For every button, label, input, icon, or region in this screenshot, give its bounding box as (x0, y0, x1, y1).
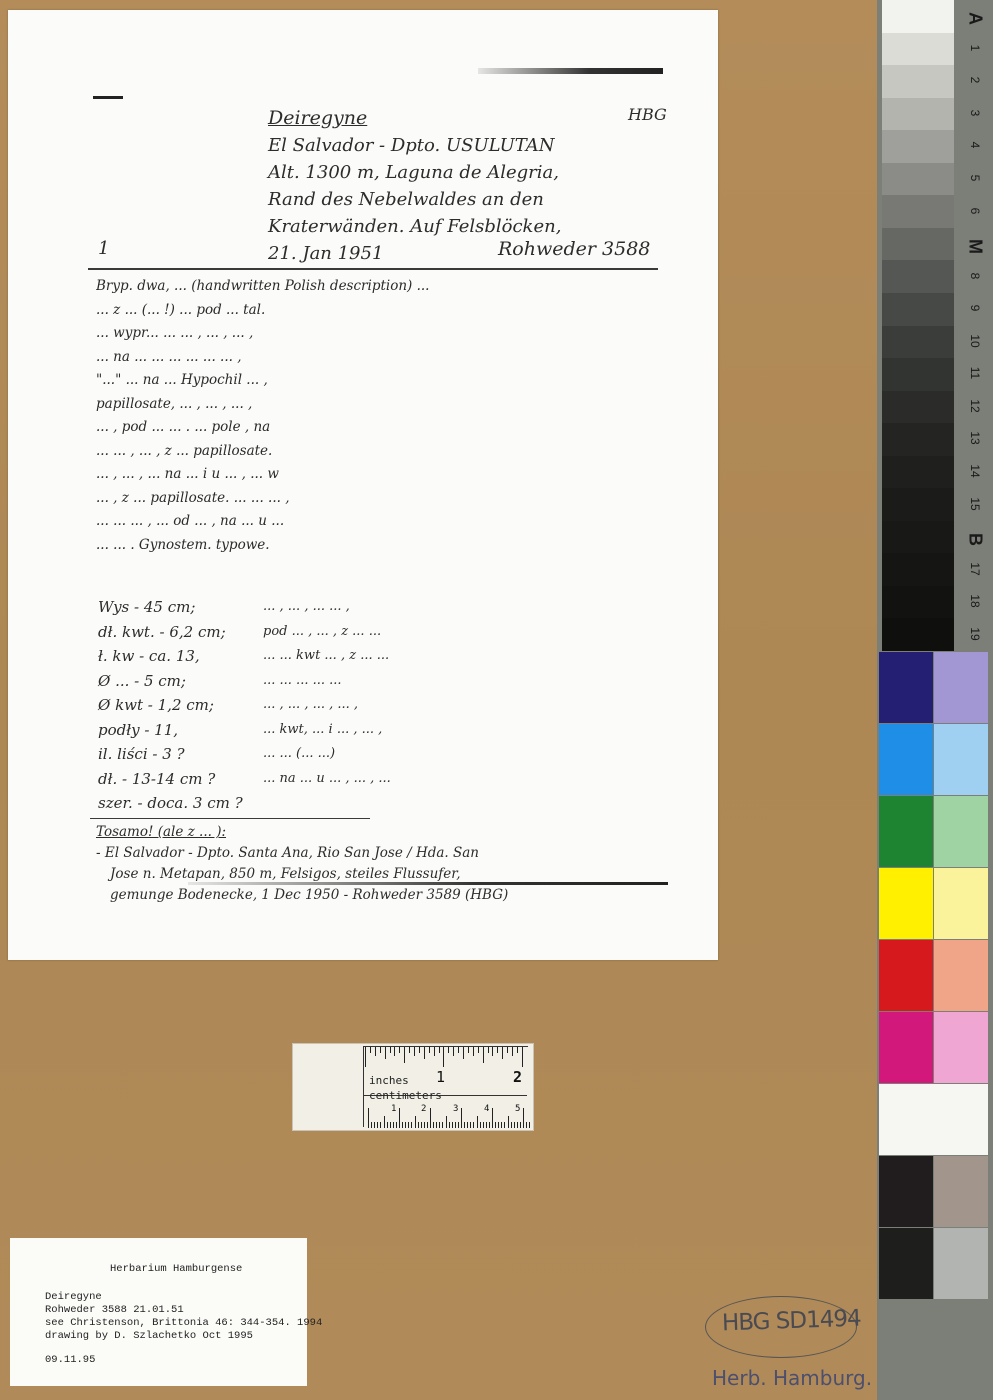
inch-mark: 2 (513, 1068, 522, 1086)
color-patch (879, 940, 933, 1011)
cm-tick (452, 1122, 453, 1128)
description-line: "..." ... na ... Hypochil ... , (96, 369, 666, 393)
gray-patch (882, 423, 954, 456)
neutral-patch (879, 1228, 933, 1299)
cm-tick (514, 1122, 515, 1128)
inch-tick (375, 1047, 376, 1056)
color-patch (934, 1012, 988, 1083)
measurement: podły - 11, (98, 718, 243, 743)
divider (90, 818, 370, 819)
gray-patch (882, 326, 954, 359)
measurement: il. liści - 3 ? (98, 742, 243, 767)
cm-tick (517, 1122, 518, 1128)
gray-patch (882, 358, 954, 391)
color-calibration-target: A123456M89101112131415B171819 (877, 0, 993, 1400)
white-patch (879, 1084, 988, 1155)
inch-tick (453, 1047, 454, 1056)
cm-tick (436, 1122, 437, 1128)
cm-tick (439, 1122, 440, 1128)
neutral-patch (934, 1228, 988, 1299)
note-line: ... , ... , ... , ... , (263, 693, 391, 718)
color-patch (934, 652, 988, 723)
description-block: Bryp. dwa, ... (handwritten Polish descr… (96, 275, 666, 557)
gray-patch-label: 14 (968, 453, 982, 489)
measurement: dł. - 13-14 cm ? (98, 767, 243, 792)
inch-tick (463, 1047, 464, 1059)
label-taxon: Deiregyne (45, 1291, 102, 1303)
cm-tick (470, 1122, 471, 1128)
note-line: ... ... ... ... ... (263, 669, 391, 694)
measurement-notes: ... , ... , ... ... , pod ... , ... , z … (263, 595, 391, 791)
label-collection: Rohweder 3588 21.01.51 (45, 1304, 184, 1316)
sheet-number: 1 (98, 238, 109, 259)
measurement: Wys - 45 cm; (98, 595, 243, 620)
cm-tick (430, 1108, 431, 1128)
gray-patch-label: 2 (968, 62, 982, 98)
color-patch (879, 724, 933, 795)
cm-tick (384, 1116, 385, 1128)
inch-tick (394, 1047, 395, 1056)
scan-smear (478, 68, 663, 74)
inch-tick (439, 1047, 440, 1053)
cm-tick (415, 1116, 416, 1128)
description-line: ... na ... ... ... ... ... ... , (96, 346, 666, 370)
inch-tick (507, 1047, 508, 1053)
inch-tick (399, 1047, 400, 1053)
note-line: ... na ... u ... , ... , ... (263, 767, 391, 792)
gray-patch-label: 4 (968, 127, 982, 163)
inch-mark: 1 (436, 1068, 445, 1086)
cm-tick (411, 1122, 412, 1128)
inch-tick (443, 1047, 444, 1067)
cm-tick (511, 1122, 512, 1128)
taxon-name: Deiregyne (268, 105, 561, 132)
cm-tick (464, 1122, 465, 1128)
cm-tick (508, 1116, 509, 1128)
color-patch (934, 796, 988, 867)
also-heading: Tosamo! (ale z ... ): (96, 822, 508, 843)
inch-tick (434, 1047, 435, 1056)
description-line: ... ... , ... , z ... papillosate. (96, 440, 666, 464)
collector-number: Rohweder 3588 (498, 238, 650, 260)
gray-patch (882, 488, 954, 521)
also-line: - El Salvador - Dpto. Santa Ana, Rio San… (96, 843, 508, 864)
cm-tick (483, 1122, 484, 1128)
specimen-sheet: Deiregyne El Salvador - Dpto. USULUTAN A… (8, 10, 718, 960)
inch-tick (424, 1047, 425, 1059)
inch-tick (473, 1047, 474, 1056)
inch-tick (502, 1047, 503, 1059)
neutral-patch (934, 1156, 988, 1227)
inch-tick (522, 1047, 523, 1067)
scale-ruler: inches 1 2 centimeters 1 2 3 4 5 (292, 1043, 534, 1131)
divider (88, 268, 658, 270)
cm-tick (402, 1122, 403, 1128)
also-collected-block: Tosamo! (ale z ... ): - El Salvador - Dp… (96, 822, 508, 906)
cm-tick (529, 1122, 530, 1128)
gray-patch-label: 5 (968, 160, 982, 196)
neutral-patch (879, 1156, 933, 1227)
cm-tick (504, 1122, 505, 1128)
cm-tick (371, 1122, 372, 1128)
label-drawing: drawing by D. Szlachetko Oct 1995 (45, 1330, 253, 1342)
cm-tick (495, 1122, 496, 1128)
inch-tick (380, 1047, 381, 1053)
measurement: dł. kwt. - 6,2 cm; (98, 620, 243, 645)
gray-patch (882, 0, 954, 33)
measurement: Ø ... - 5 cm; (98, 669, 243, 694)
gray-patch (882, 260, 954, 293)
gray-patch (882, 33, 954, 66)
locality-line: Rand des Nebelwaldes an den (268, 186, 561, 213)
gray-patch-label: 17 (968, 551, 982, 587)
cm-tick (433, 1122, 434, 1128)
inch-tick (478, 1047, 479, 1053)
cm-tick (498, 1122, 499, 1128)
cm-tick (501, 1122, 502, 1128)
cm-tick (455, 1122, 456, 1128)
description-line: ... ... . Gynostem. typowe. (96, 534, 666, 558)
locality-line: El Salvador - Dpto. USULUTAN (268, 132, 561, 159)
note-line: ... , ... , ... ... , (263, 595, 391, 620)
inch-tick (414, 1047, 415, 1056)
inch-tick (404, 1047, 405, 1063)
gray-patch (882, 456, 954, 489)
inch-tick (365, 1047, 366, 1067)
gray-patch (882, 98, 954, 131)
cm-tick (520, 1122, 521, 1128)
cm-mark: 4 (484, 1104, 489, 1114)
cm-mark: 2 (421, 1104, 426, 1114)
measurements: Wys - 45 cm; dł. kwt. - 6,2 cm; ł. kw - … (98, 595, 243, 816)
cm-tick (421, 1122, 422, 1128)
gray-patch (882, 586, 954, 619)
inch-tick (370, 1047, 371, 1053)
color-patch (879, 796, 933, 867)
description-line: ... z ... (... !) ... pod ... tal. (96, 299, 666, 323)
herbarium-label: Herbarium Hamburgense Deiregyne Rohweder… (10, 1238, 307, 1386)
cm-tick (393, 1122, 394, 1128)
cm-tick (442, 1122, 443, 1128)
cm-tick (405, 1122, 406, 1128)
gray-patch-label: 18 (968, 583, 982, 619)
cm-tick (408, 1122, 409, 1128)
label-date: 09.11.95 (45, 1354, 95, 1366)
description-line: ... , z ... papillosate. ... ... ... , (96, 487, 666, 511)
cm-tick (387, 1122, 388, 1128)
gray-patch-label: 13 (968, 420, 982, 456)
gray-patch-label: 1 (968, 30, 982, 66)
cm-tick (424, 1122, 425, 1128)
inch-tick (488, 1047, 489, 1053)
note-line: ... ... kwt ... , z ... ... (263, 644, 391, 669)
inch-tick (448, 1047, 449, 1053)
inch-tick (517, 1047, 518, 1053)
inch-tick (483, 1047, 484, 1063)
cm-mark: 5 (515, 1104, 520, 1114)
dash-mark (93, 96, 123, 99)
gray-patch-label: 15 (968, 486, 982, 522)
gray-patch-label: 6 (968, 193, 982, 229)
cm-tick (418, 1122, 419, 1128)
color-patch (934, 868, 988, 939)
cm-tick (427, 1122, 428, 1128)
description-line: papillosate, ... , ... , ... , (96, 393, 666, 417)
cm-tick (399, 1108, 400, 1128)
gray-patch-label: 3 (968, 95, 982, 131)
locality-line: Kraterwänden. Auf Felsblöcken, (268, 213, 561, 240)
inch-tick (429, 1047, 430, 1053)
gray-patch (882, 195, 954, 228)
measurement: Ø kwt - 1,2 cm; (98, 693, 243, 718)
cm-tick (396, 1122, 397, 1128)
gray-patch (882, 228, 954, 261)
description-line: ... ... ... , ... od ... , na ... u ... (96, 510, 666, 534)
gray-patch-label: 11 (968, 355, 982, 391)
note-line: ... ... (... ...) (263, 742, 391, 767)
also-line: gemunge Bodenecke, 1 Dec 1950 - Rohweder… (96, 885, 508, 906)
measurement: ł. kw - ca. 13, (98, 644, 243, 669)
institution-name: Herbarium Hamburgense (110, 1263, 242, 1275)
inch-tick (512, 1047, 513, 1056)
cm-tick (368, 1108, 369, 1128)
cm-tick (489, 1122, 490, 1128)
cm-tick (446, 1116, 447, 1128)
gray-patch (882, 618, 954, 651)
gray-patch-label: 9 (968, 290, 982, 326)
cm-tick (461, 1108, 462, 1128)
gray-patch (882, 391, 954, 424)
color-patch (879, 652, 933, 723)
cm-tick (467, 1122, 468, 1128)
color-patch (934, 940, 988, 1011)
scan-smear (188, 882, 668, 885)
cm-mark: 1 (391, 1104, 396, 1114)
gray-patch (882, 293, 954, 326)
description-line: ... wypr... ... ... , ... , ... , (96, 322, 666, 346)
label-reference: see Christenson, Brittonia 46: 344-354. … (45, 1317, 322, 1329)
cm-tick (458, 1122, 459, 1128)
gray-patch-label: 10 (968, 323, 982, 359)
inch-tick (390, 1047, 391, 1053)
cm-tick (377, 1122, 378, 1128)
gray-patch-label: 19 (968, 616, 982, 652)
inch-tick (492, 1047, 493, 1056)
description-line: Bryp. dwa, ... (handwritten Polish descr… (96, 275, 666, 299)
inches-label: inches (369, 1074, 409, 1087)
description-line: ... , ... , ... na ... i u ... , ... w (96, 463, 666, 487)
inch-tick (497, 1047, 498, 1053)
gray-patch (882, 65, 954, 98)
inch-tick (468, 1047, 469, 1053)
inch-tick (458, 1047, 459, 1053)
cm-tick (380, 1122, 381, 1128)
inch-tick (385, 1047, 386, 1059)
note-line: pod ... , ... , z ... ... (263, 620, 391, 645)
gray-patch (882, 553, 954, 586)
cm-tick (390, 1122, 391, 1128)
color-patch (879, 868, 933, 939)
measurement: szer. - doca. 3 cm ? (98, 791, 243, 816)
centimeters-label: centimeters (369, 1089, 442, 1102)
cm-tick (492, 1108, 493, 1128)
barcode-number: HBG SD1494 (722, 1306, 861, 1337)
cm-tick (526, 1122, 527, 1128)
cm-tick (473, 1122, 474, 1128)
cm-tick (449, 1122, 450, 1128)
herbarium-tag: HBG (628, 105, 667, 124)
note-line: ... kwt, ... i ... , ... , (263, 718, 391, 743)
color-patch (879, 1012, 933, 1083)
gray-patch (882, 163, 954, 196)
cm-tick (523, 1108, 524, 1128)
inch-tick (409, 1047, 410, 1053)
color-patch (934, 724, 988, 795)
herbarium-stamp: Herb. Hamburg. (712, 1366, 872, 1390)
gray-patch (882, 521, 954, 554)
cm-mark: 3 (453, 1104, 458, 1114)
gray-patch (882, 130, 954, 163)
cm-tick (374, 1122, 375, 1128)
gray-patch-label: 8 (968, 258, 982, 294)
inch-tick (419, 1047, 420, 1053)
gray-patch-label: 12 (968, 388, 982, 424)
locality-line: Alt. 1300 m, Laguna de Alegria, (268, 159, 561, 186)
cm-tick (477, 1116, 478, 1128)
cm-tick (486, 1122, 487, 1128)
cm-tick (480, 1122, 481, 1128)
description-line: ... , pod ... ... . ... pole , na (96, 416, 666, 440)
